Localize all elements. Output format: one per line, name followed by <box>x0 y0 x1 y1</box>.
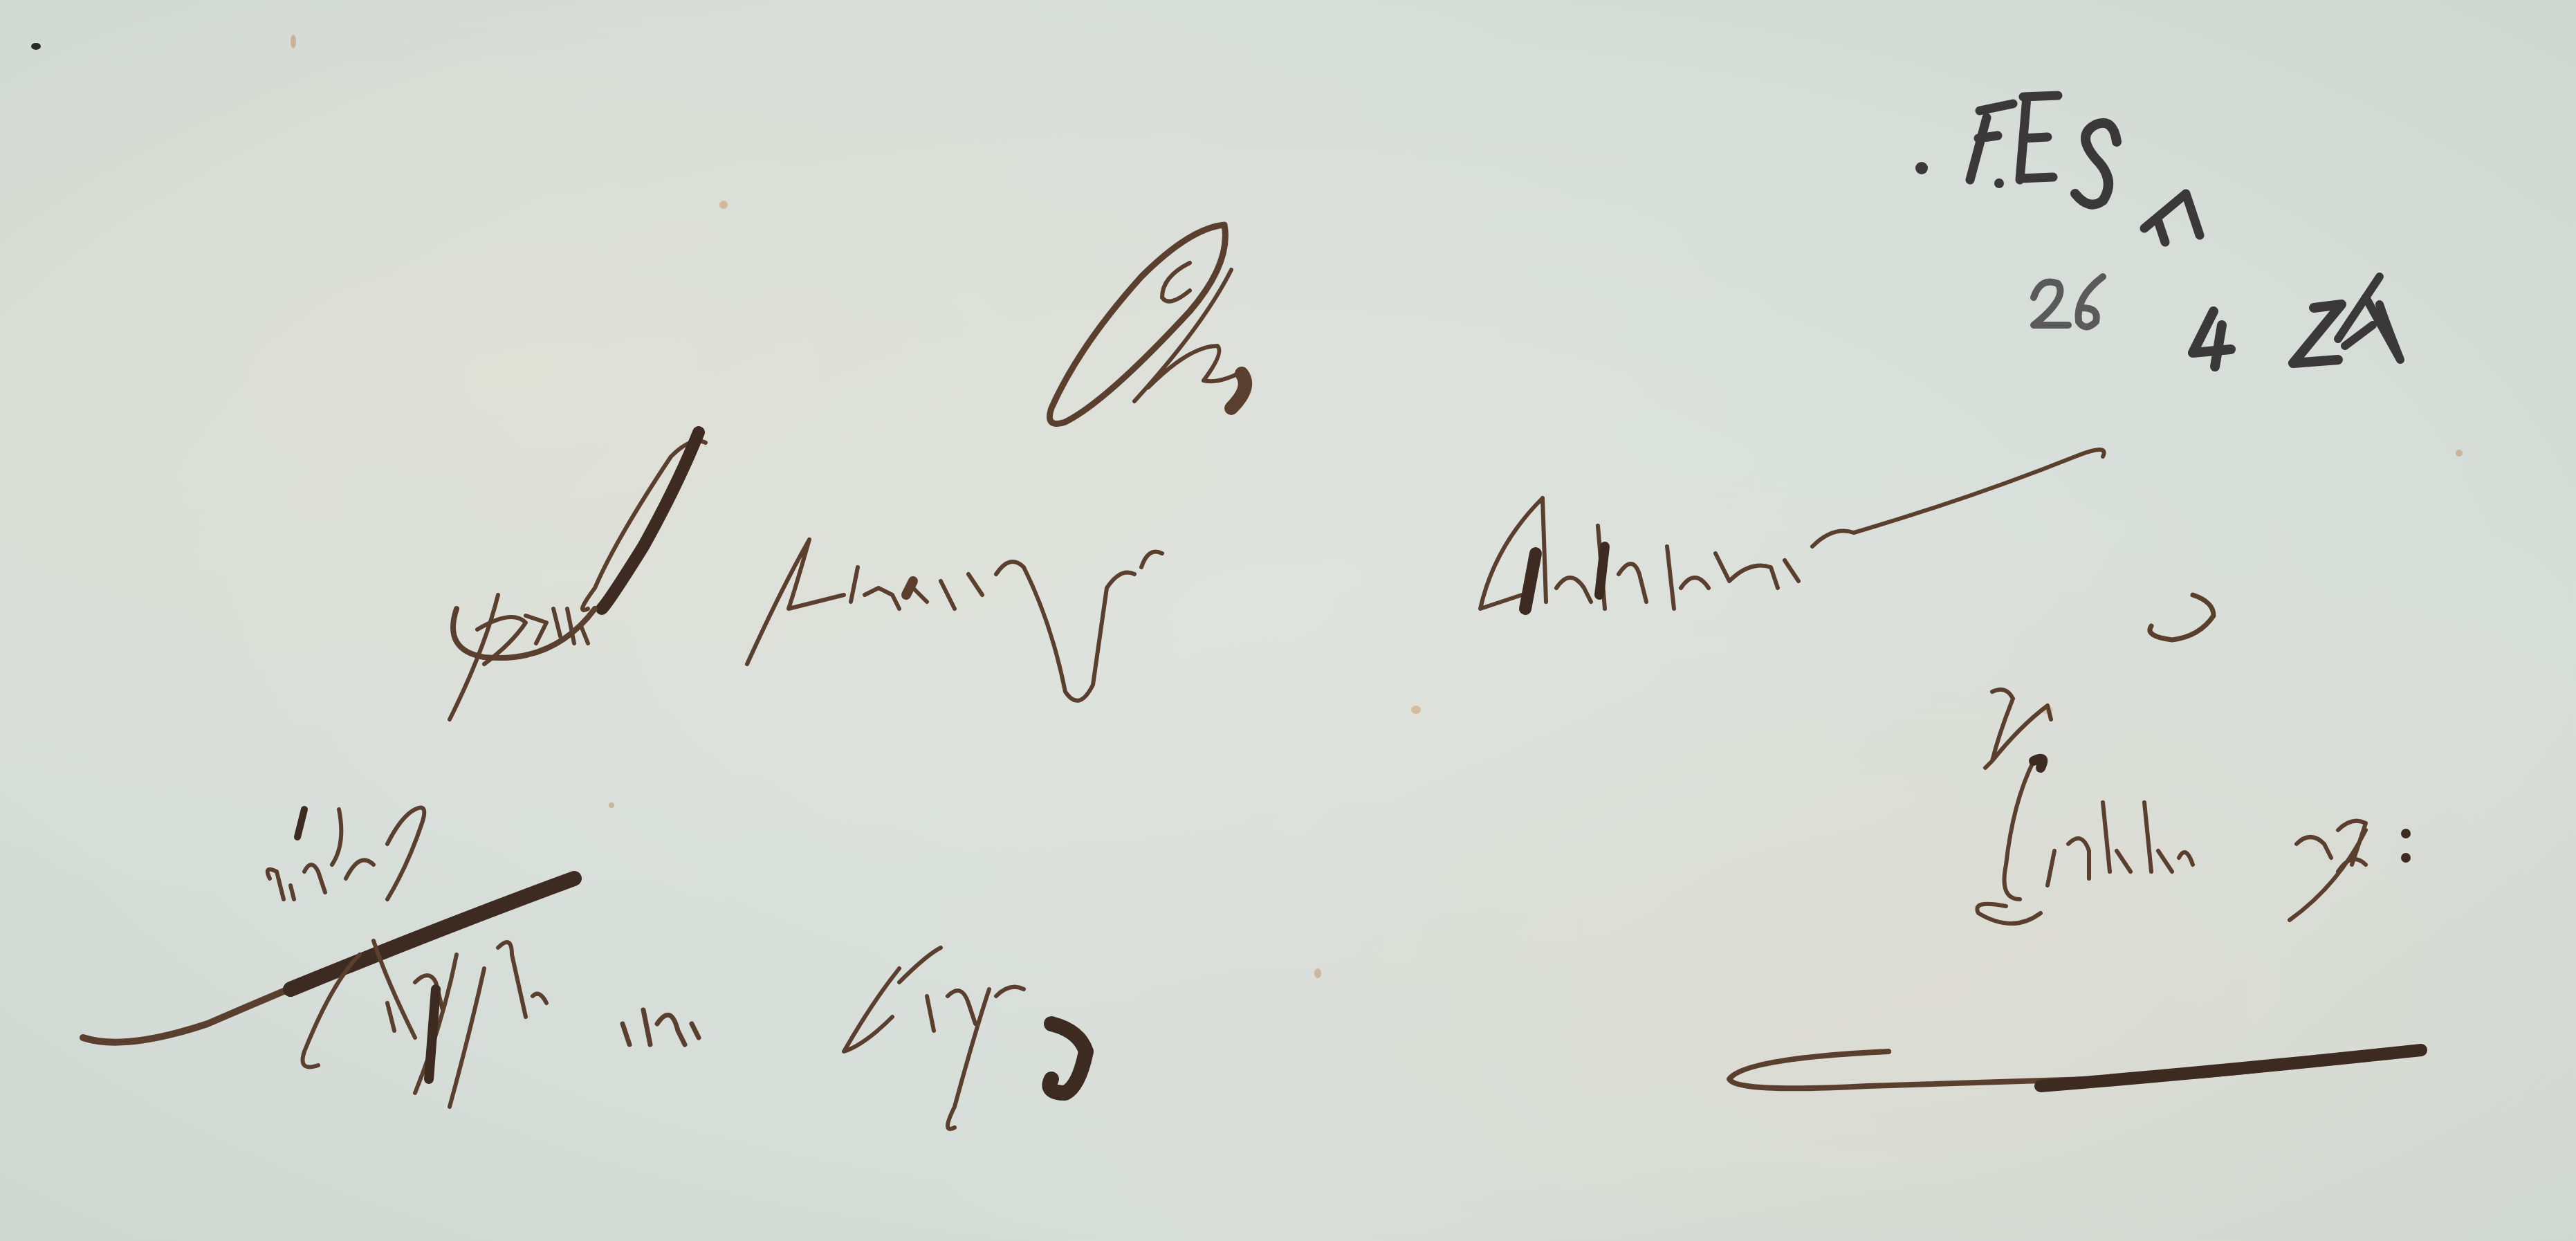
handwriting-layer: ·F.ESEN <box>0 0 2576 1241</box>
postmark-place: ·F.ESEN <box>1923 104 2271 200</box>
address-handwriting <box>450 225 2421 1088</box>
sender-note-handwriting <box>83 808 1086 1130</box>
